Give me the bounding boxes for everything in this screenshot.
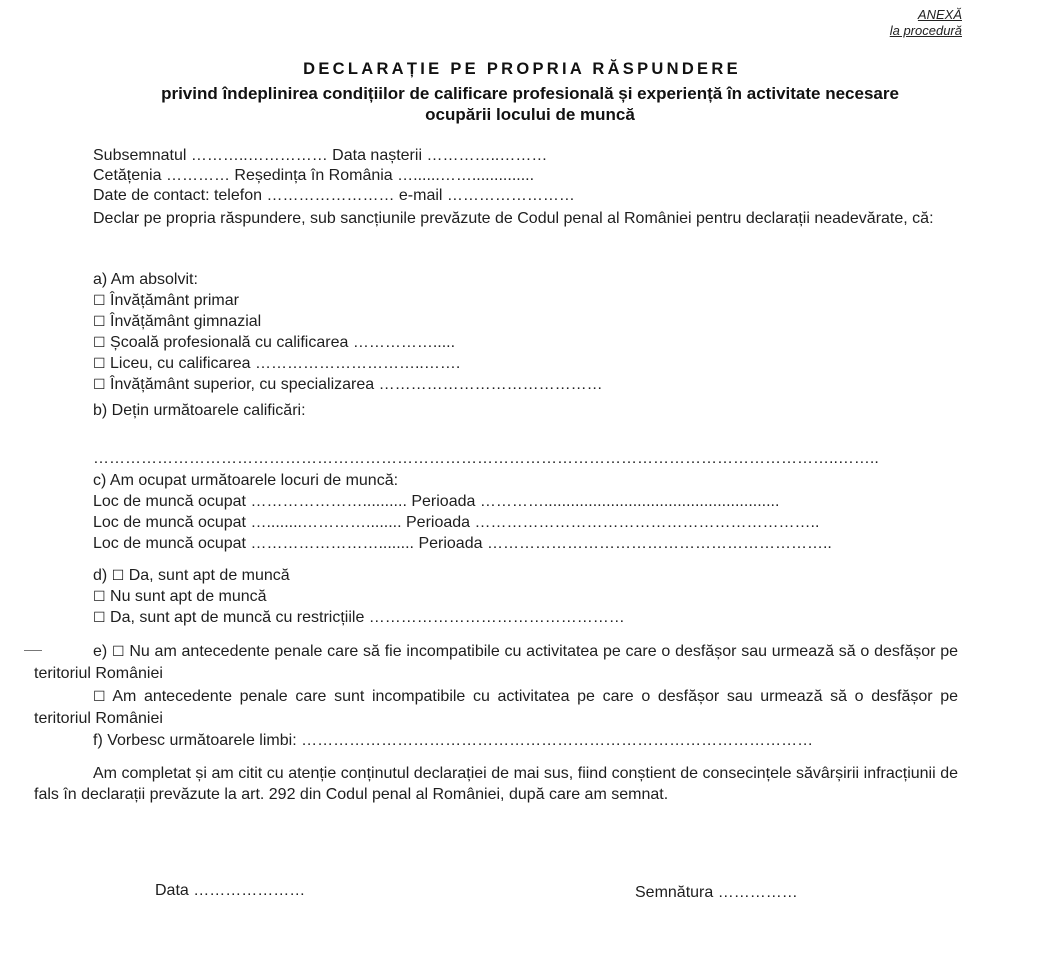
option-vocational-school[interactable]: ☐ Școală profesională cu calificarea ………… [93, 333, 455, 353]
annex-label: ANEXĂ la procedură [890, 7, 962, 39]
checkbox-icon[interactable]: ☐ [93, 377, 106, 393]
document-title: DECLARAȚIE PE PROPRIA RĂSPUNDERE [0, 60, 1044, 79]
subtitle-line-2: ocupării locului de muncă [60, 104, 1000, 125]
declaration-document: ANEXĂ la procedură DECLARAȚIE PE PROPRIA… [0, 0, 1044, 967]
job-row-2[interactable]: Loc de muncă ocupat …........………….......… [93, 513, 819, 533]
document-subtitle: privind îndeplinirea condițiilor de cali… [60, 83, 1000, 125]
option-not-fit-for-work[interactable]: ☐ Nu sunt apt de muncă [93, 587, 267, 607]
subtitle-line-1: privind îndeplinirea condițiilor de cali… [60, 83, 1000, 104]
declaration-intro: Declar pe propria răspundere, sub sancți… [34, 208, 958, 229]
checkbox-icon[interactable]: ☐ [112, 644, 125, 660]
option-label: Liceu, cu calificarea …………………………..……. [110, 355, 460, 372]
option-label: Învățământ primar [110, 292, 239, 309]
option-label: Învățământ superior, cu specializarea ……… [110, 376, 603, 393]
checkbox-icon[interactable]: ☐ [93, 293, 106, 309]
section-d-prefix: d) [93, 567, 107, 584]
option-label: Da, sunt apt de muncă [129, 567, 290, 584]
section-c-heading: c) Am ocupat următoarele locuri de muncă… [93, 471, 398, 491]
annex-title: ANEXĂ [890, 7, 962, 23]
option-gymnasium-education[interactable]: ☐ Învățământ gimnazial [93, 312, 261, 332]
section-b-heading: b) Dețin următoarele calificări: [93, 401, 306, 421]
field-name-birthdate[interactable]: Subsemnatul ………..…………… Data nașterii ………… [93, 146, 547, 166]
field-contact[interactable]: Date de contact: telefon …………………… e-mail… [93, 186, 575, 206]
field-languages[interactable]: f) Vorbesc următoarele limbi: …………………………… [93, 731, 813, 751]
option-label: Am antecedente penale care sunt incompat… [34, 688, 958, 727]
section-e-prefix: e) [93, 643, 107, 660]
option-label: Învățământ gimnazial [110, 313, 261, 330]
job-row-1[interactable]: Loc de muncă ocupat ………………….......... Pe… [93, 492, 779, 512]
option-no-criminal-record[interactable]: e) ☐ Nu am antecedente penale care să fi… [34, 641, 958, 684]
option-fit-with-restrictions[interactable]: ☐ Da, sunt apt de muncă cu restricțiile … [93, 608, 625, 628]
job-row-3[interactable]: Loc de muncă ocupat ……………………........ Per… [93, 534, 832, 554]
option-label: Școală profesională cu calificarea ……………… [110, 334, 455, 351]
section-a-heading: a) Am absolvit: [93, 270, 198, 290]
option-primary-education[interactable]: ☐ Învățământ primar [93, 291, 239, 311]
field-citizenship-residence[interactable]: Cetățenia ………… Reședința în România …...… [93, 166, 534, 186]
date-field[interactable]: Data ………………… [155, 881, 305, 901]
option-label: Da, sunt apt de muncă cu restricțiile ……… [110, 609, 625, 626]
option-fit-for-work[interactable]: d) ☐ Da, sunt apt de muncă [93, 566, 290, 586]
qualifications-blank-line[interactable]: …………………………………………………………………………………………………………… [93, 449, 973, 469]
signature-field[interactable]: Semnătura …………… [635, 883, 798, 903]
option-high-school[interactable]: ☐ Liceu, cu calificarea …………………………..……. [93, 354, 460, 374]
option-has-criminal-record[interactable]: ☐ Am antecedente penale care sunt incomp… [34, 686, 958, 729]
checkbox-icon[interactable]: ☐ [93, 335, 106, 351]
option-label: Nu sunt apt de muncă [110, 588, 267, 605]
checkbox-icon[interactable]: ☐ [93, 314, 106, 330]
option-label: Nu am antecedente penale care să fie inc… [34, 643, 958, 682]
annex-subtitle: la procedură [890, 23, 962, 39]
checkbox-icon[interactable]: ☐ [93, 689, 106, 705]
checkbox-icon[interactable]: ☐ [93, 589, 106, 605]
closing-statement: Am completat și am citit cu atenție conț… [34, 763, 958, 805]
checkbox-icon[interactable]: ☐ [112, 568, 125, 584]
checkbox-icon[interactable]: ☐ [93, 610, 106, 626]
checkbox-icon[interactable]: ☐ [93, 356, 106, 372]
option-higher-education[interactable]: ☐ Învățământ superior, cu specializarea … [93, 375, 603, 395]
